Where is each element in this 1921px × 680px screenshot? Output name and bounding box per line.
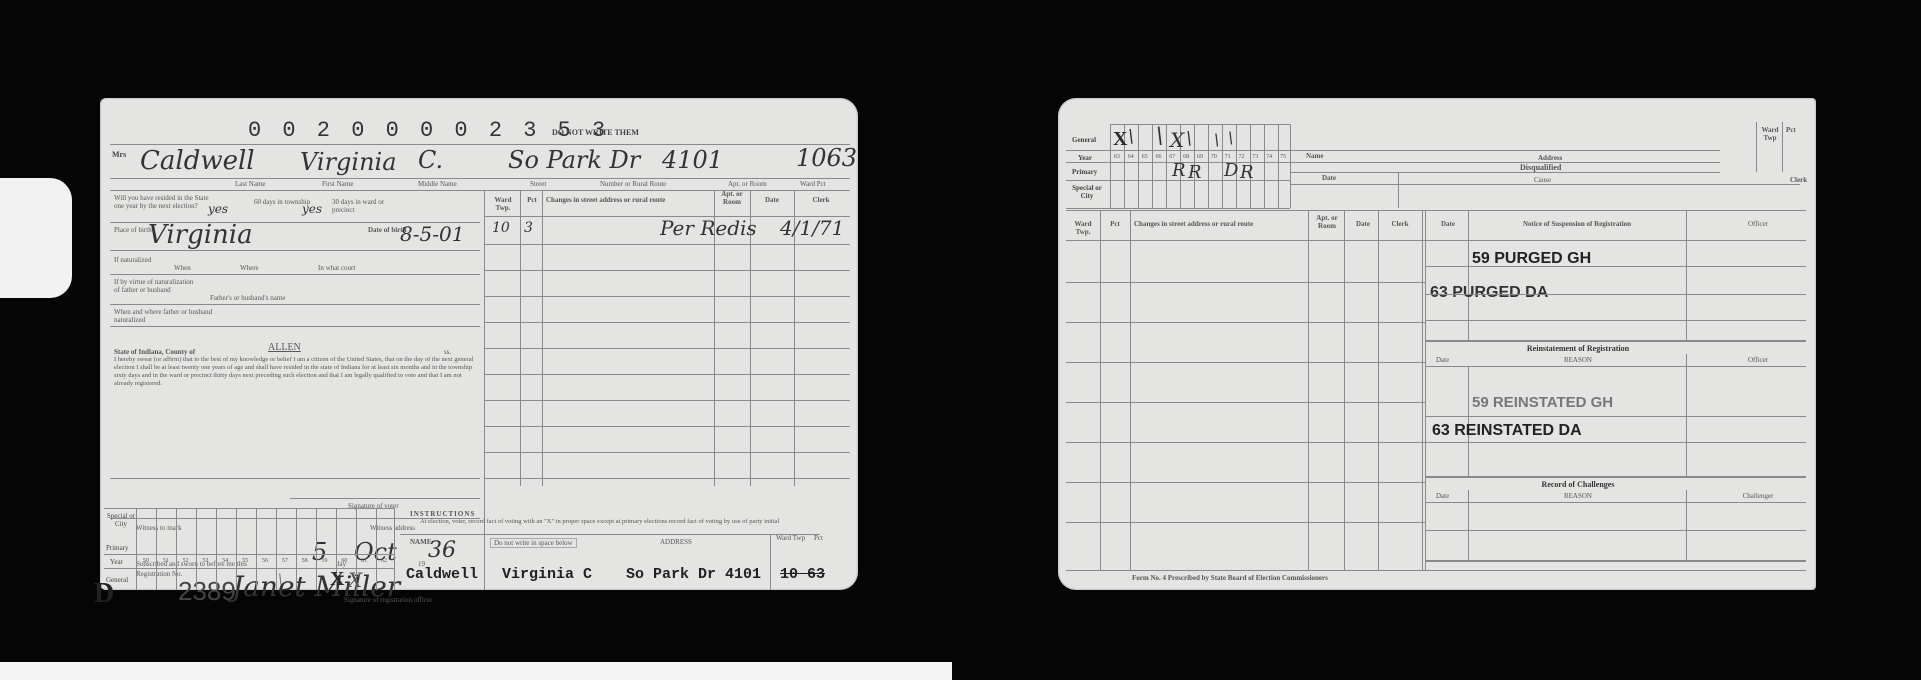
row-year: Year xyxy=(110,558,123,566)
registration-number: 2389 xyxy=(178,576,236,607)
suspension-title: Notice of Suspension of Registration xyxy=(1472,220,1682,228)
row-general: General xyxy=(106,576,128,584)
court-label: In what court xyxy=(318,264,355,272)
scan-bottom-artifact xyxy=(0,662,952,680)
suspension-date-label: Date xyxy=(1430,220,1466,228)
date-of-birth-value: 8-5-01 xyxy=(400,222,464,246)
street-number: 4101 xyxy=(662,146,723,174)
reinstatement-officer-label: Officer xyxy=(1718,356,1798,364)
typed-ward: 10 63 xyxy=(780,566,825,583)
reinstatement-entry: 59 REINSTATED GH xyxy=(1472,394,1613,411)
challenges-date-label: Date xyxy=(1436,492,1449,500)
pct-label: Pct xyxy=(1786,126,1796,134)
clerk-label: Clerk xyxy=(1790,176,1807,184)
col-apt: Apt. or Room xyxy=(1312,214,1342,230)
primary-mark-71: D xyxy=(1224,160,1238,181)
suspension-entry: 63 PURGED DA xyxy=(1430,284,1548,302)
title-prefix: Mrs xyxy=(112,150,126,159)
year-header-back: 63646566676869707172737475 xyxy=(1110,154,1290,160)
address-label: Address xyxy=(1538,154,1562,162)
col-clerk: Clerk xyxy=(1380,220,1420,228)
reinstatement-reason-label: REASON xyxy=(1468,356,1688,364)
col-ward: Ward Twp. xyxy=(488,196,518,212)
primary-mark-68: R xyxy=(1188,162,1202,183)
general-mark-59: X xyxy=(330,568,344,591)
ward-twp-label: Ward Twp xyxy=(1758,126,1782,142)
first-name-label: First Name xyxy=(322,180,353,188)
naturalized-label: If naturalized xyxy=(114,256,152,264)
ss-label: ss. xyxy=(444,348,451,356)
general-mark-68: \ xyxy=(1186,128,1192,149)
state-county-label: State of Indiana, County of xyxy=(114,348,195,356)
father-name-label: Father's or husband's name xyxy=(210,294,285,302)
where-label: Where xyxy=(240,264,259,272)
row-primary: Primary xyxy=(1072,168,1097,176)
registration-card-back: General Year Primary Special or City 636… xyxy=(1058,98,1816,590)
row-primary: Primary xyxy=(106,544,129,552)
general-mark-56: \ xyxy=(278,572,283,588)
header-note: DO NOT WRITE THEM xyxy=(552,128,639,137)
address-label: ADDRESS xyxy=(660,538,692,546)
reinstatement-title: Reinstatement of Registration xyxy=(1468,344,1688,353)
oath-text: I hereby swear (or affirm) that to the b… xyxy=(114,356,474,388)
row-year: Year xyxy=(1078,154,1092,162)
ward-days-label: 30 days in ward or precinct xyxy=(332,198,402,214)
ward-value: 1063 xyxy=(796,144,857,172)
name-label: Name xyxy=(1306,152,1324,160)
col-pct: Pct xyxy=(1102,220,1128,228)
general-mark-71: \ xyxy=(1228,128,1233,147)
ward-label: Ward Pct xyxy=(800,180,826,188)
last-name-label: Last Name xyxy=(235,180,266,188)
general-mark-70: \ xyxy=(1214,130,1219,149)
col-apt: Apt. or Room xyxy=(716,190,748,206)
registration-card-front: 0 0 2 0 0 0 0 2 3 5 3 DO NOT WRITE THEM … xyxy=(100,98,858,590)
general-mark-64: \ xyxy=(1128,126,1134,147)
do-not-write-label: Do not write in space below xyxy=(490,538,577,548)
col-pct: Pct xyxy=(522,196,542,204)
challenges-reason-label: REASON xyxy=(1468,492,1688,500)
general-mark-67: X xyxy=(1170,128,1184,152)
reinstatement-entry: 63 REINSTATED DA xyxy=(1432,422,1582,440)
primary-mark-67: R xyxy=(1172,160,1186,181)
officer-label: Signature of registration officer xyxy=(344,596,432,604)
col-changes: Changes in street address or rural route xyxy=(1134,220,1304,228)
witness-mark-label: Witness to mark xyxy=(136,524,182,532)
row-special: Special or City xyxy=(106,512,136,528)
street: So Park Dr xyxy=(508,146,640,174)
typed-last-name: Caldwell xyxy=(406,566,478,583)
primary-mark-72: R xyxy=(1240,162,1254,183)
general-mark-60: X xyxy=(348,568,362,592)
disqualified-title: Disqualified xyxy=(1520,164,1561,172)
typed-address: So Park Dr 4101 xyxy=(626,566,761,583)
challenges-title: Record of Challenges xyxy=(1468,480,1688,489)
date-label: Date xyxy=(1322,174,1336,182)
general-mark-63: X xyxy=(1113,128,1127,151)
street-label: Street xyxy=(530,180,546,188)
row-general: General xyxy=(1072,136,1096,144)
county-value: ALLEN xyxy=(268,344,301,352)
last-name: Caldwell xyxy=(140,146,255,176)
challenger-label: Challenger xyxy=(1718,492,1798,500)
pct-label: Pct xyxy=(814,534,823,542)
name-label: NAME xyxy=(410,538,431,546)
instructions-text: At election, voter, record fact of votin… xyxy=(420,518,830,526)
ward-twp-label: Ward Twp xyxy=(776,534,805,542)
col-changes: Changes in street address or rural route xyxy=(546,196,712,204)
when-label: When xyxy=(174,264,191,272)
resided-label: Will you have resided in the State one y… xyxy=(114,194,214,210)
form-footer: Form No. 4 Prescribed by State Board of … xyxy=(1132,574,1328,582)
scan-edge-artifact xyxy=(0,178,72,298)
middle-name: C. xyxy=(418,146,443,174)
resided-value: yes xyxy=(208,202,228,216)
father-when-label: When and where father or husband natural… xyxy=(114,308,214,324)
col-clerk: Clerk xyxy=(796,196,846,204)
col-date: Date xyxy=(752,196,792,204)
col-date: Date xyxy=(1348,220,1378,228)
col-ward: Ward Twp. xyxy=(1068,220,1098,236)
father-label: If by virtue of naturalization of father… xyxy=(114,278,194,294)
reinstatement-date-label: Date xyxy=(1436,356,1449,364)
township-value: yes xyxy=(302,202,322,216)
instructions-title: INSTRUCTIONS xyxy=(410,510,475,518)
general-mark-66: \ xyxy=(1156,124,1163,149)
first-name: Virginia xyxy=(300,148,397,176)
number-label: Number or Rural Route xyxy=(600,180,666,188)
year-value: 36 xyxy=(428,538,456,563)
row-special: Special or City xyxy=(1072,184,1102,200)
typed-first-name: Virginia C xyxy=(502,566,592,583)
place-of-birth-value: Virginia xyxy=(148,220,253,250)
cause-label: Cause xyxy=(1534,176,1551,184)
suspension-officer-label: Officer xyxy=(1718,220,1798,228)
middle-name-label: Middle Name xyxy=(418,180,457,188)
apt-label: Apt. or Room xyxy=(728,180,767,188)
